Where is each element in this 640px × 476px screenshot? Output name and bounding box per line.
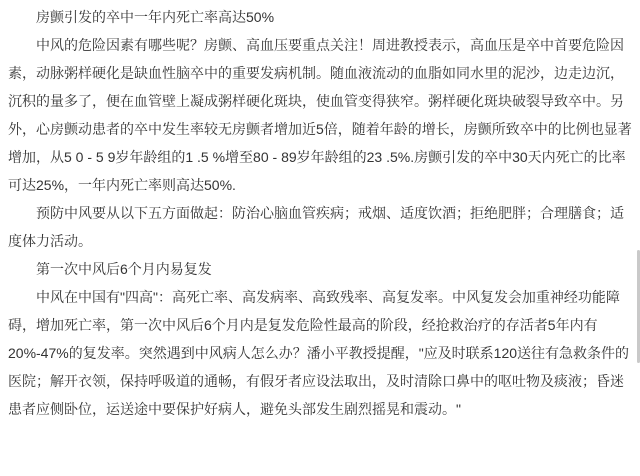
paragraph-stroke-recurrence-first-aid: 中风在中国有"四高"：高死亡率、高发病率、高致残率、高复发率。中风复发会加重神经… — [8, 283, 632, 423]
paragraph-stroke-prevention: 预防中风要从以下五方面做起：防治心脑血管疾病；戒烟、适度饮酒；拒绝肥胖；合理膳食… — [8, 199, 632, 255]
article-subheading-af-stroke-mortality: 房颤引发的卒中一年内死亡率高达50% — [8, 3, 632, 31]
paragraph-stroke-risk-factors: 中风的危险因素有哪些呢？房颤、高血压要重点关注！周进教授表示，高血压是卒中首要危… — [8, 31, 632, 199]
article-subheading-recurrence-6-months: 第一次中风后6个月内易复发 — [8, 255, 632, 283]
article-page: 房颤引发的卒中一年内死亡率高达50% 中风的危险因素有哪些呢？房颤、高血压要重点… — [0, 0, 640, 476]
